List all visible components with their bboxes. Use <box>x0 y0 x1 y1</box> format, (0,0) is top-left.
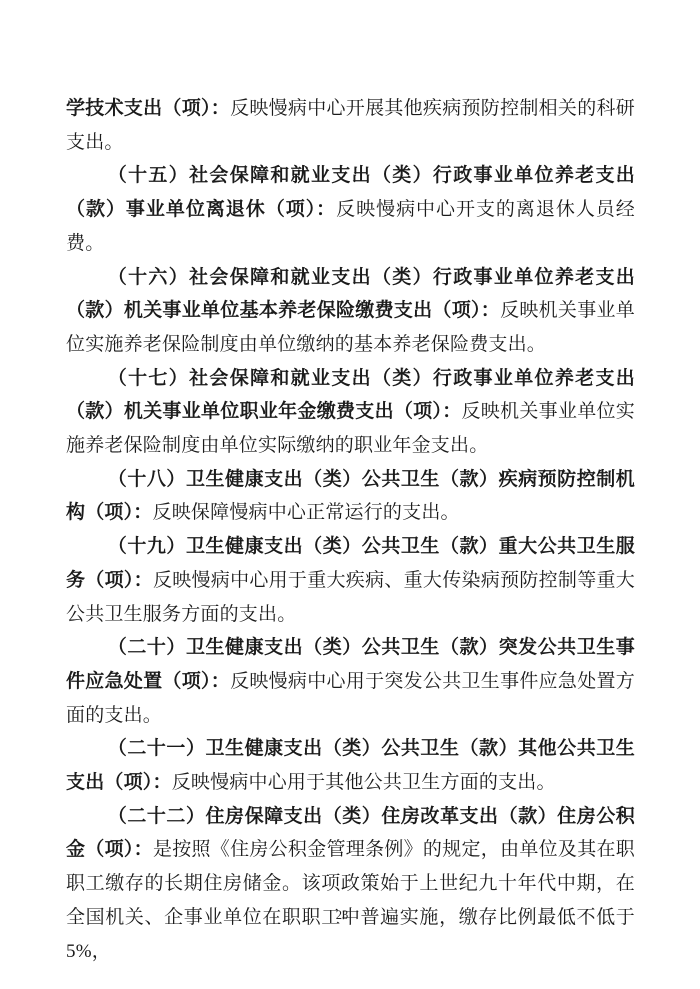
paragraph: （十九）卫生健康支出（类）公共卫生（款）重大公共卫生服务（项）：反映慢病中心用于… <box>66 530 635 631</box>
paragraph: （十八）卫生健康支出（类）公共卫生（款）疾病预防控制机构（项）：反映保障慢病中心… <box>66 463 635 530</box>
paragraph: （二十）卫生健康支出（类）公共卫生（款）突发公共卫生事件应急处置（项）：反映慢病… <box>66 631 635 732</box>
paragraph: （二十二）住房保障支出（类）住房改革支出（款）住房公积金（项）：是按照《住房公积… <box>66 800 635 969</box>
document-page: 学技术支出（项）：反映慢病中心开展其他疾病预防控制相关的科研支出。（十五）社会保… <box>0 0 700 989</box>
document-body: 学技术支出（项）：反映慢病中心开展其他疾病预防控制相关的科研支出。（十五）社会保… <box>66 92 635 968</box>
page-number: 23 <box>336 908 349 923</box>
paragraph-text: 反映保障慢病中心正常运行的支出。 <box>153 502 460 523</box>
paragraph-text: 反映慢病中心用于其他公共卫生方面的支出。 <box>172 772 556 793</box>
paragraph: （十七）社会保障和就业支出（类）行政事业单位养老支出（款）机关事业单位职业年金缴… <box>66 362 635 463</box>
paragraph: （二十一）卫生健康支出（类）公共卫生（款）其他公共卫生支出（项）：反映慢病中心用… <box>66 732 635 799</box>
paragraph-lead-bold: 学技术支出（项）： <box>66 98 230 119</box>
paragraph: 学技术支出（项）：反映慢病中心开展其他疾病预防控制相关的科研支出。 <box>66 92 635 159</box>
paragraph: （十六）社会保障和就业支出（类）行政事业单位养老支出（款）机关事业单位基本养老保… <box>66 261 635 362</box>
paragraph: （十五）社会保障和就业支出（类）行政事业单位养老支出（款）事业单位离退休（项）：… <box>66 159 635 260</box>
page-footer: 23 <box>0 906 700 924</box>
